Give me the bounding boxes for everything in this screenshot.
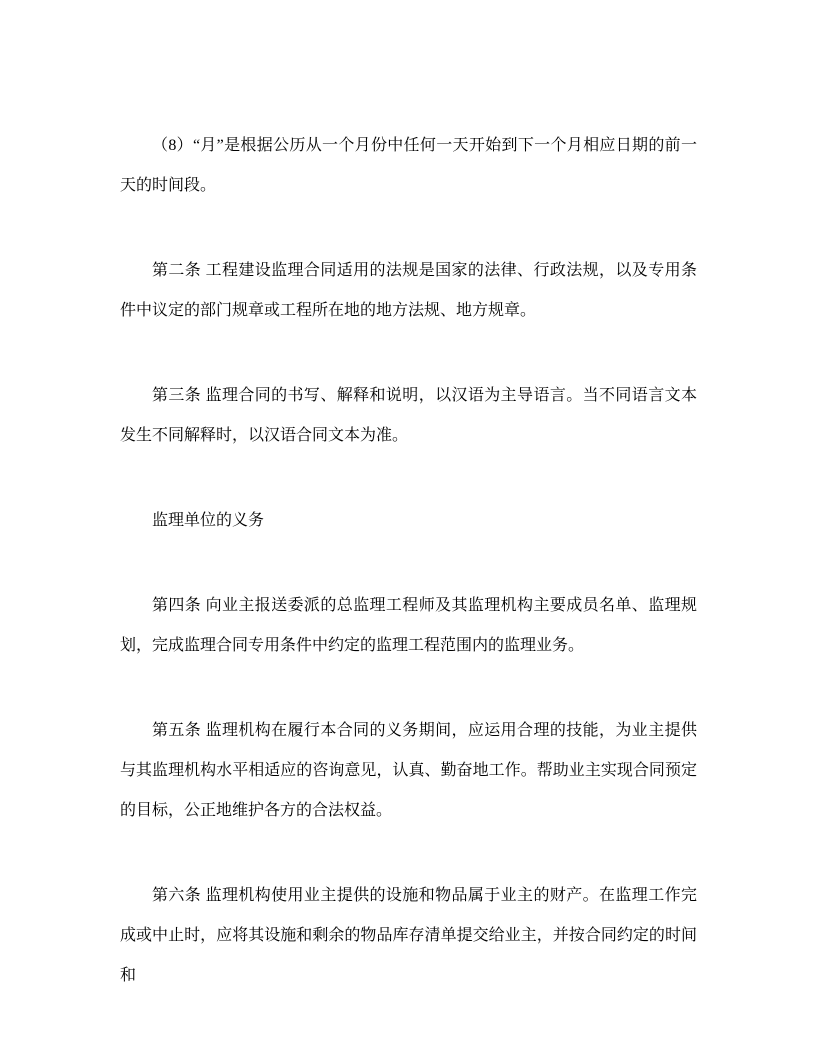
section-heading-supervisor-obligations: 监理单位的义务 — [120, 501, 697, 541]
document-page: （8）“月”是根据公历从一个月份中任何一天开始到下一个月相应日期的前一天的时间段… — [0, 0, 816, 1056]
paragraph-clause-2: 第二条 工程建设监理合同适用的法规是国家的法律、行政法规，以及专用条件中议定的部… — [120, 251, 697, 331]
paragraph-clause-5: 第五条 监理机构在履行本合同的义务期间，应运用合理的技能，为业主提供与其监理机构… — [120, 711, 697, 831]
paragraph-month-definition: （8）“月”是根据公历从一个月份中任何一天开始到下一个月相应日期的前一天的时间段… — [120, 126, 697, 206]
paragraph-clause-6: 第六条 监理机构使用业主提供的设施和物品属于业主的财产。在监理工作完成或中止时，… — [120, 876, 697, 996]
paragraph-clause-3: 第三条 监理合同的书写、解释和说明，以汉语为主导语言。当不同语言文本发生不同解释… — [120, 376, 697, 456]
paragraph-clause-4: 第四条 向业主报送委派的总监理工程师及其监理机构主要成员名单、监理规划，完成监理… — [120, 586, 697, 666]
